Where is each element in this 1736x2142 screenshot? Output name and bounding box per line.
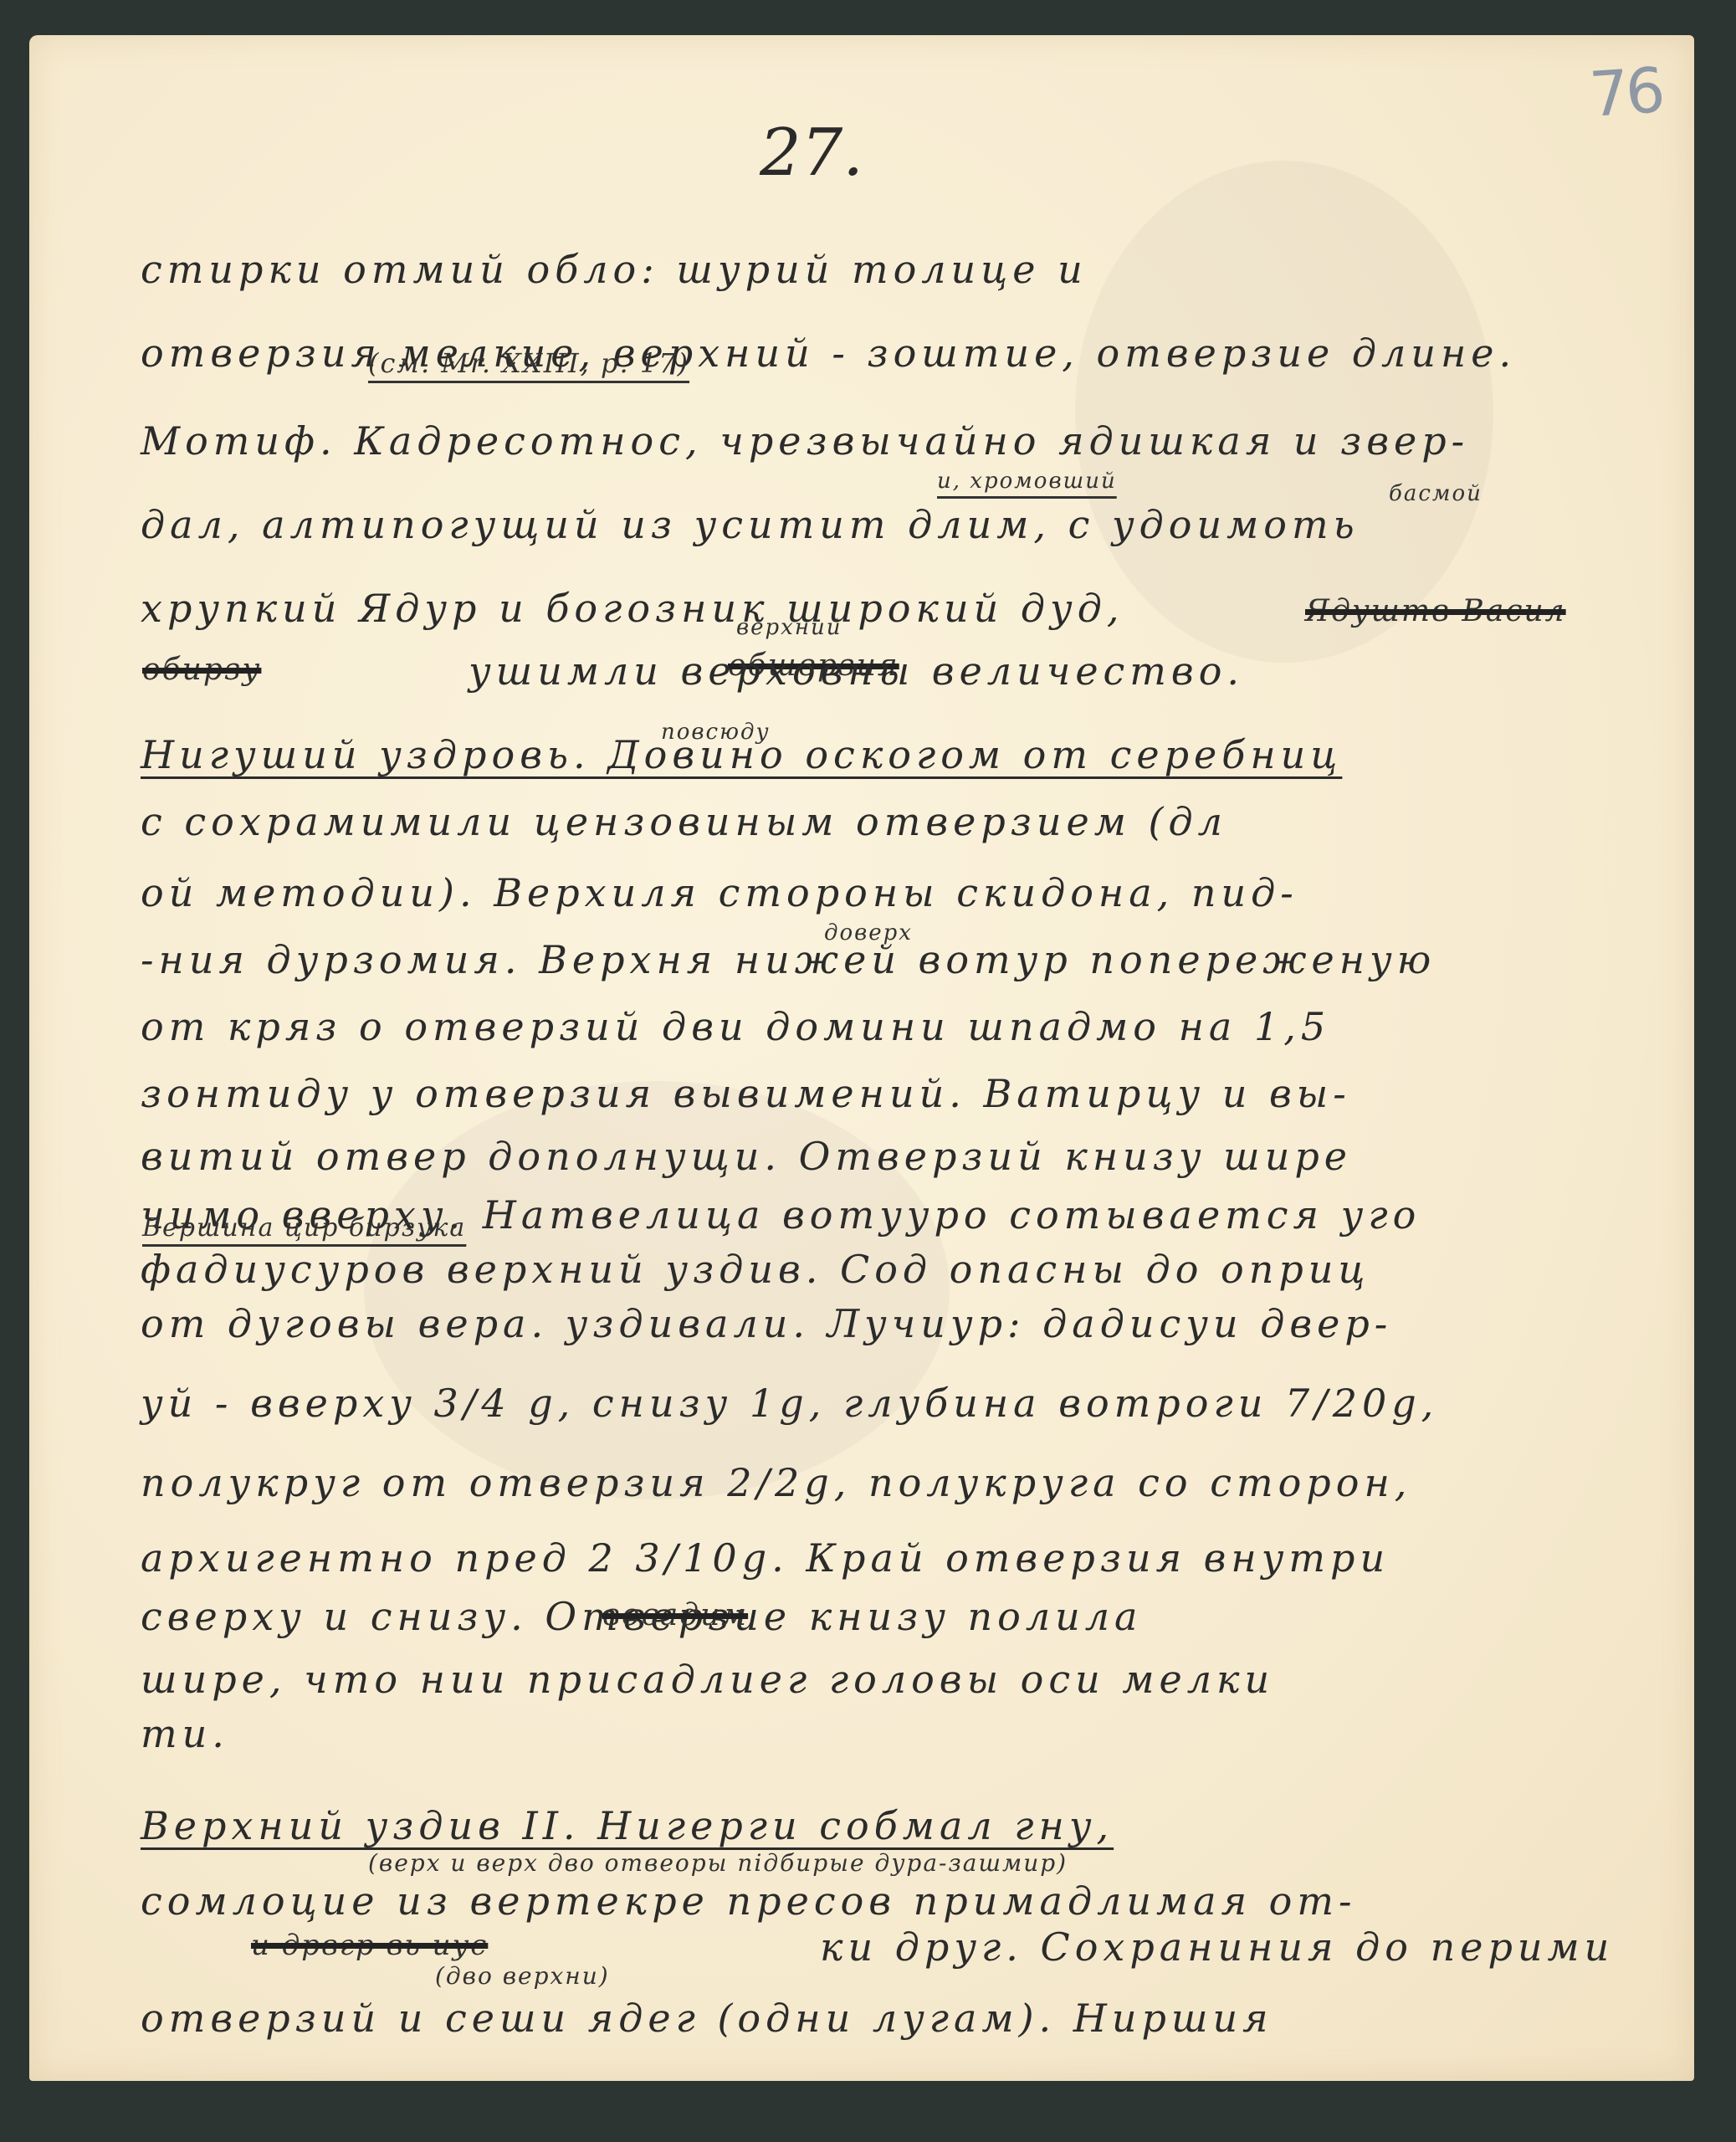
insertion: басмой [1389, 481, 1483, 506]
bleed-through-stain [1075, 161, 1493, 663]
manuscript-line: стирки отмий обло: шурий толице и [141, 247, 1088, 292]
manuscript-line: дал, алтипогущий из уситит длим, с удоим… [141, 502, 1360, 547]
manuscript-line: -ния дурзомия. Верхня нижей вотур попере… [141, 937, 1436, 982]
manuscript-line: ой методии). Верхиля стороны скидона, пи… [141, 870, 1298, 915]
insertion-reference: (см. Mr. XXIII, p. 17) [368, 347, 689, 379]
manuscript-line: зонтиду у отверзия вывимений. Ватирцу и … [141, 1071, 1351, 1116]
manuscript-line: сомлоцие из вертекре пресов примадлимая … [141, 1878, 1357, 1924]
manuscript-line: Мотиф. Кадресотнос, чрезвычайно ядишкая … [141, 418, 1469, 464]
manuscript-line: с сохрамимили цензовиным отверзием (дл [141, 799, 1227, 844]
manuscript-line: отверзия мелкие, верхний - зоштие, отвер… [141, 331, 1516, 376]
strikeout: обирзу [142, 653, 261, 687]
manuscript-line: ти. [141, 1711, 229, 1756]
underlined-phrase: Вершина цир бирзука [142, 1213, 466, 1243]
insertion: повсюду [661, 720, 771, 745]
page-number: 27. [760, 115, 863, 191]
insertion: верхний [736, 615, 842, 640]
manuscript-line: от дуговы вера. уздивали. Лучиур: дадису… [141, 1301, 1392, 1346]
strikeout: и дрвгр вь иус [251, 1929, 488, 1962]
strikeout: восадим [602, 1598, 748, 1632]
manuscript-line: фадиусуров верхний уздив. Сод опасны до … [141, 1247, 1370, 1292]
insertion: доверх [824, 920, 913, 945]
manuscript-line: шире, что нии присадлиег головы оси мелк… [141, 1657, 1274, 1702]
insertion: (верх и верх дво отвеоры пiдбирые дура-з… [368, 1849, 1068, 1877]
manuscript-line: ки друг. Сохраниния до перими [820, 1924, 1614, 1970]
manuscript-line: ушимли верховны величество. [469, 648, 1244, 694]
manuscript-line: архигентно пред 2 3/10g. Край отверзия в… [141, 1535, 1390, 1581]
manuscript-line: хрупкий Ядур и богозник широкий дуд, [141, 586, 1124, 631]
archive-number: 76 [1587, 54, 1664, 131]
manuscript-line: отверзий и сеши ядег (одни лугам). Нирши… [141, 1996, 1273, 2041]
manuscript-line: от кряз о отверзий дви домини шпадмо на … [141, 1004, 1330, 1049]
strikeout: Ядуштв Васил [1305, 594, 1566, 628]
insertion: (дво верхни) [435, 1962, 610, 1990]
section-heading: Верхний уздив II. Нигерги собмал гну, [141, 1803, 1114, 1848]
manuscript-line: полукруг от отверзия 2/2g, полукруга со … [141, 1460, 1411, 1505]
manuscript-line: уй - вверху 3/4 g, снизу 1g, глубина вот… [141, 1381, 1438, 1426]
manuscript-line: витий отвер дополнущи. Отверзий книзу ши… [141, 1134, 1352, 1179]
insertion: и, хромовший [937, 469, 1117, 494]
